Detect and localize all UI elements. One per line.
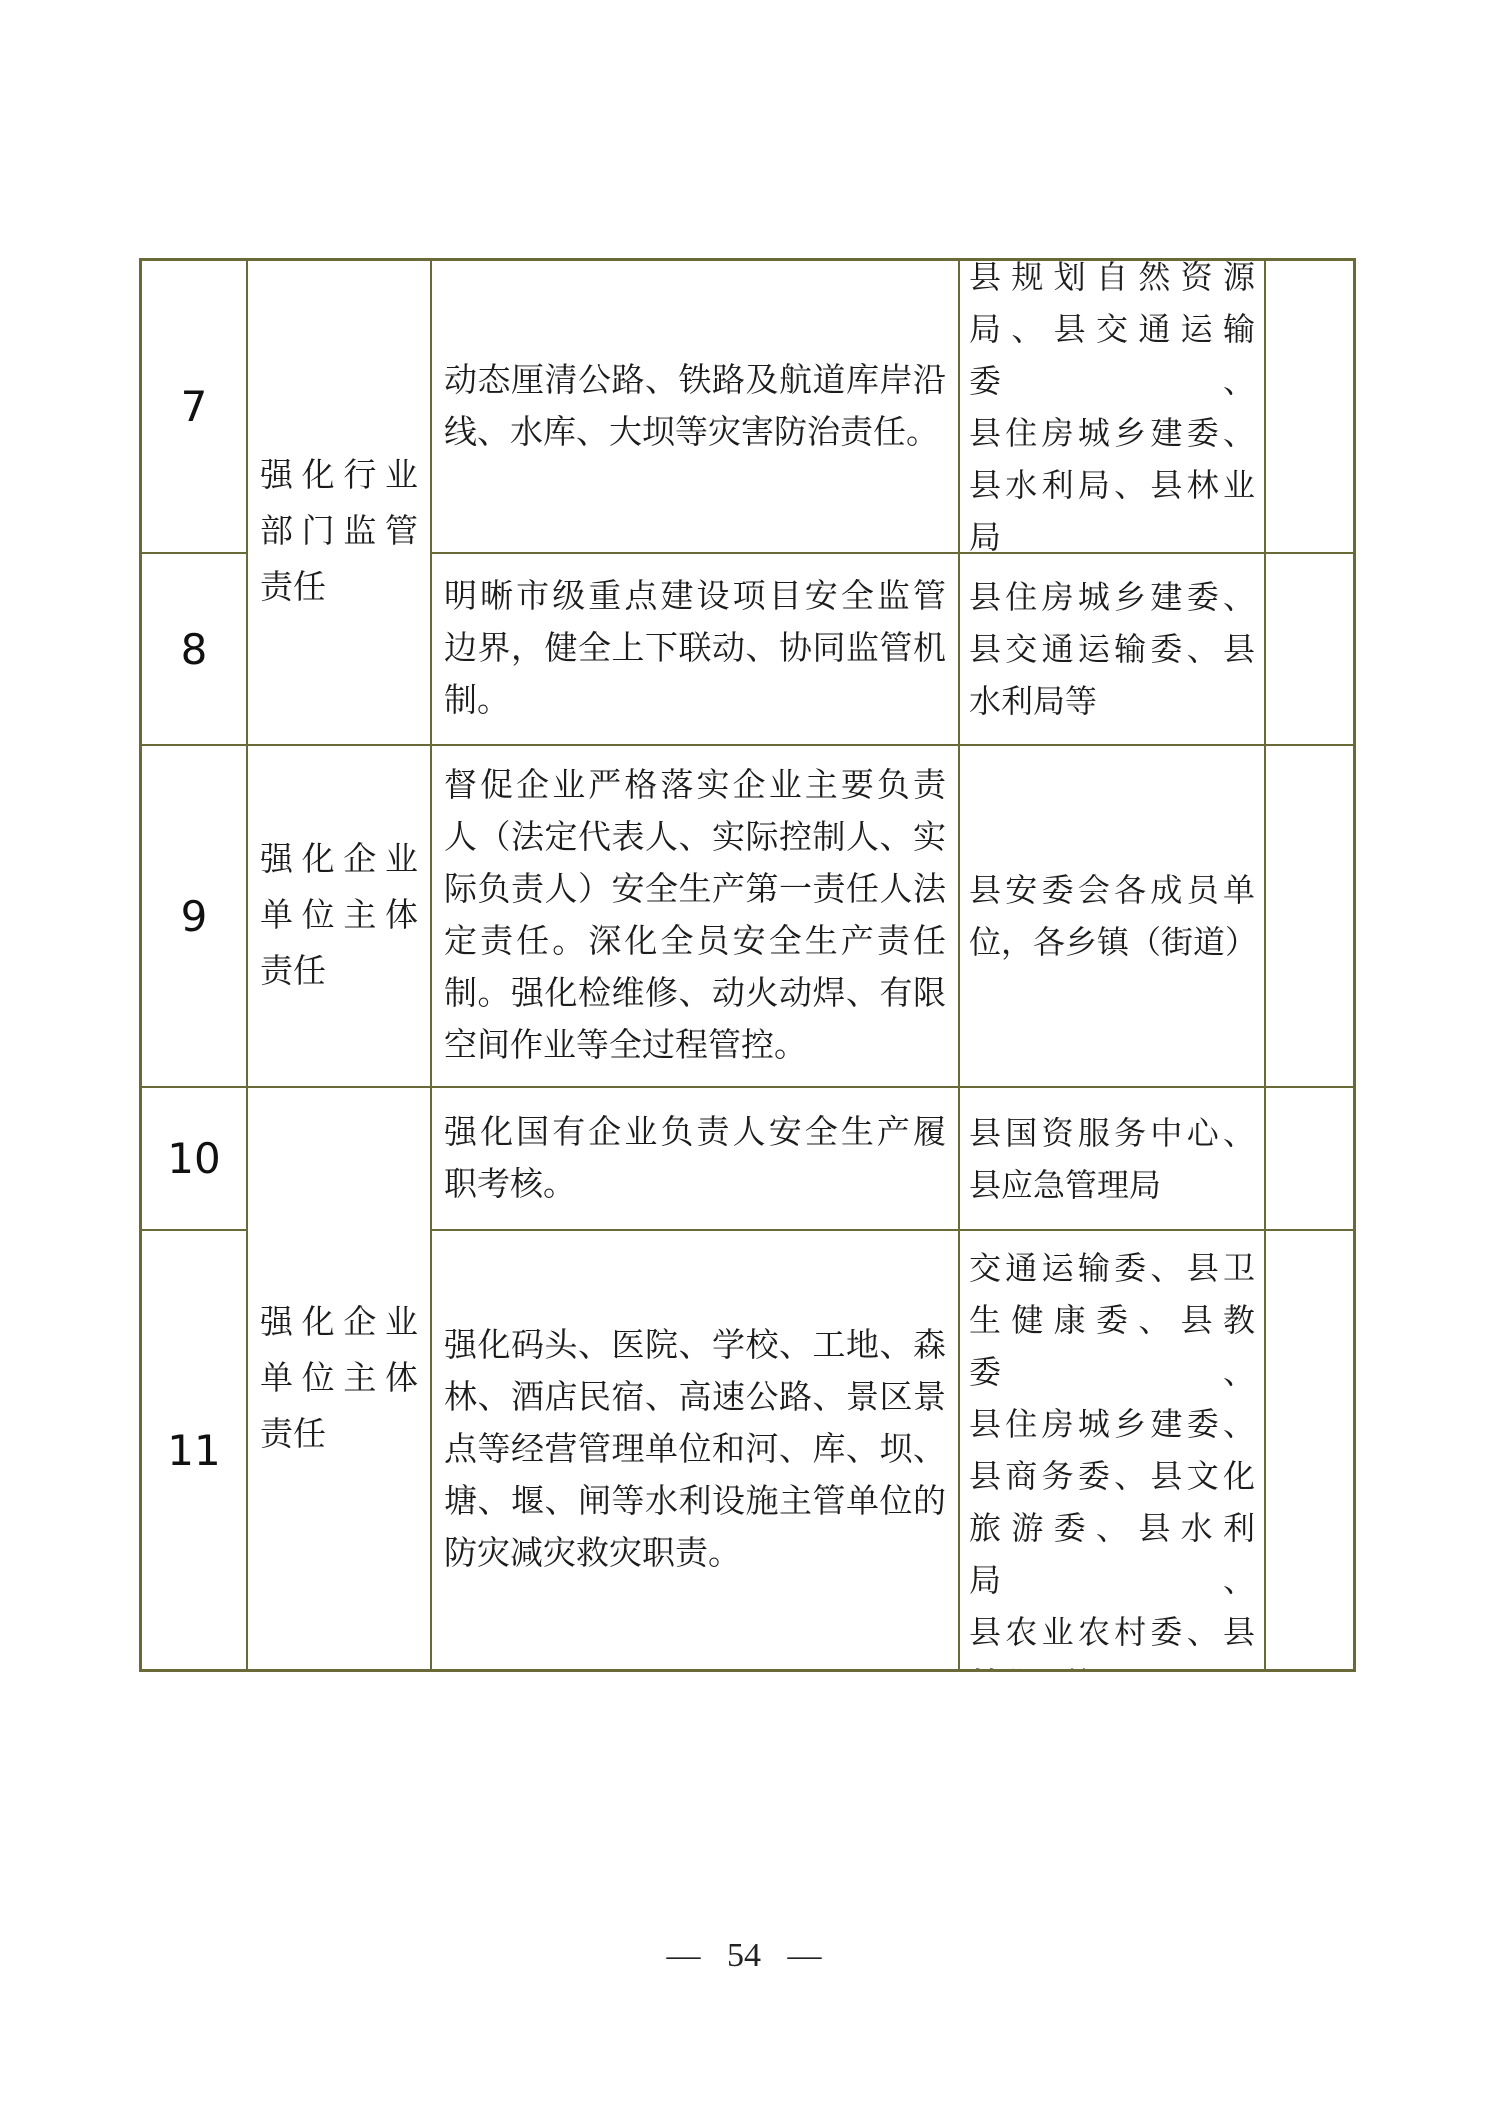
text-line: 际负责人）安全生产第一责任人法 bbox=[444, 864, 946, 916]
row-number-9: 9 bbox=[142, 746, 248, 1088]
text-line: 强化国有企业负责人安全生产履 bbox=[444, 1107, 946, 1159]
text-line: 人（法定代表人、实际控制人、实 bbox=[444, 812, 946, 864]
text-line: 县规划自然资源 bbox=[969, 261, 1255, 303]
row-number-7: 7 bbox=[142, 261, 248, 554]
text-line: 位，各乡镇（街道） bbox=[969, 916, 1255, 968]
empty-cell-11 bbox=[1266, 1231, 1353, 1669]
text-line: 县应急管理局 bbox=[969, 1159, 1255, 1211]
text-line: 县农业农村委、县 bbox=[969, 1606, 1255, 1658]
task-cell-7: 动态厘清公路、铁路及航道库岸沿线、水库、大坝等灾害防治责任。 bbox=[432, 261, 960, 554]
task-cell-10: 强化国有企业负责人安全生产履职考核。 bbox=[432, 1088, 960, 1231]
empty-cell-8 bbox=[1266, 554, 1353, 746]
text-line: 边界，健全上下联动、协同监管机 bbox=[444, 623, 946, 675]
responsible-units-cell-8: 县住房城乡建委、县交通运输委、县水利局等 bbox=[960, 554, 1266, 746]
text-line: 县水利局、县林业 bbox=[969, 459, 1255, 511]
empty-cell-9 bbox=[1266, 746, 1353, 1088]
text-line: 线、水库、大坝等灾害防治责任。 bbox=[444, 407, 946, 459]
task-cell-8: 明晰市级重点建设项目安全监管边界，健全上下联动、协同监管机制。 bbox=[432, 554, 960, 746]
responsibility-table: 7 强化行业部门监管责任 动态厘清公路、铁路及航道库岸沿线、水库、大坝等灾害防治… bbox=[139, 258, 1356, 1672]
text-line: 水利局等 bbox=[969, 675, 1255, 727]
responsible-units-cell-10: 县国资服务中心、县应急管理局 bbox=[960, 1088, 1266, 1231]
text-line: 定责任。深化全员安全生产责任 bbox=[444, 916, 946, 968]
text-line: 局 bbox=[969, 511, 1255, 555]
text-line: 县交通运输委、县 bbox=[969, 623, 1255, 675]
text-line: 制。 bbox=[444, 675, 946, 727]
text-line: 县住房城乡建委、 bbox=[969, 1398, 1255, 1450]
text-line: 局、县交通运输委、 bbox=[969, 303, 1255, 407]
text-line: 县商务委、县文化 bbox=[969, 1450, 1255, 1502]
text-line: 动态厘清公路、铁路及航道库岸沿 bbox=[444, 355, 946, 407]
category-cell-rows-10-11: 强化企业单位主体责任 bbox=[248, 1088, 432, 1669]
category-cell-row-9: 强化企业单位主体责任 bbox=[248, 746, 432, 1088]
text-line: 明晰市级重点建设项目安全监管 bbox=[444, 571, 946, 623]
row-number-10: 10 bbox=[142, 1088, 248, 1231]
text-line: 塘、堰、闸等水利设施主管单位的 bbox=[444, 1476, 946, 1528]
text-line: 防灾减灾救灾职责。 bbox=[444, 1528, 946, 1580]
text-line: 生健康委、县教委、 bbox=[969, 1294, 1255, 1398]
responsible-units-cell-11: 县发展改革委、县交通运输委、县卫生健康委、县教委、县住房城乡建委、县商务委、县文… bbox=[960, 1231, 1266, 1669]
text-line: 林、酒店民宿、高速公路、景区景 bbox=[444, 1372, 946, 1424]
text-line: 县发展改革委、县 bbox=[969, 1231, 1255, 1242]
text-line: 职考核。 bbox=[444, 1159, 946, 1211]
text-line: 县国资服务中心、 bbox=[969, 1107, 1255, 1159]
responsible-units-cell-9: 县安委会各成员单位，各乡镇（街道） bbox=[960, 746, 1266, 1088]
text-line: 县住房城乡建委、 bbox=[969, 407, 1255, 459]
text-line: 强化码头、医院、学校、工地、森 bbox=[444, 1320, 946, 1372]
text-line: 交通运输委、县卫 bbox=[969, 1242, 1255, 1294]
page-number: — 54 — bbox=[0, 1936, 1488, 1976]
text-line: 督促企业严格落实企业主要负责 bbox=[444, 760, 946, 812]
row-number-11: 11 bbox=[142, 1231, 248, 1669]
category-label-rows-10-11: 强化企业单位主体责任 bbox=[260, 1295, 418, 1463]
text-line: 制。强化检维修、动火动焊、有限 bbox=[444, 968, 946, 1020]
text-line: 县住房城乡建委、 bbox=[969, 571, 1255, 623]
responsible-units-cell-7: 县规划自然资源局、县交通运输委、县住房城乡建委、县水利局、县林业局 bbox=[960, 261, 1266, 554]
text-line: 林业局等 bbox=[969, 1658, 1255, 1669]
category-label-row-9: 强化企业单位主体责任 bbox=[260, 832, 418, 1000]
empty-cell-7 bbox=[1266, 261, 1353, 554]
text-line: 空间作业等全过程管控。 bbox=[444, 1020, 946, 1072]
text-line: 点等经营管理单位和河、库、坝、 bbox=[444, 1424, 946, 1476]
empty-cell-10 bbox=[1266, 1088, 1353, 1231]
text-line: 旅游委、县水利局、 bbox=[969, 1502, 1255, 1606]
task-cell-11: 强化码头、医院、学校、工地、森林、酒店民宿、高速公路、景区景点等经营管理单位和河… bbox=[432, 1231, 960, 1669]
task-cell-9: 督促企业严格落实企业主要负责人（法定代表人、实际控制人、实际负责人）安全生产第一… bbox=[432, 746, 960, 1088]
text-line: 县安委会各成员单 bbox=[969, 864, 1255, 916]
category-cell-rows-7-8: 强化行业部门监管责任 bbox=[248, 261, 432, 746]
category-label-rows-7-8: 强化行业部门监管责任 bbox=[260, 448, 418, 616]
row-number-8: 8 bbox=[142, 554, 248, 746]
